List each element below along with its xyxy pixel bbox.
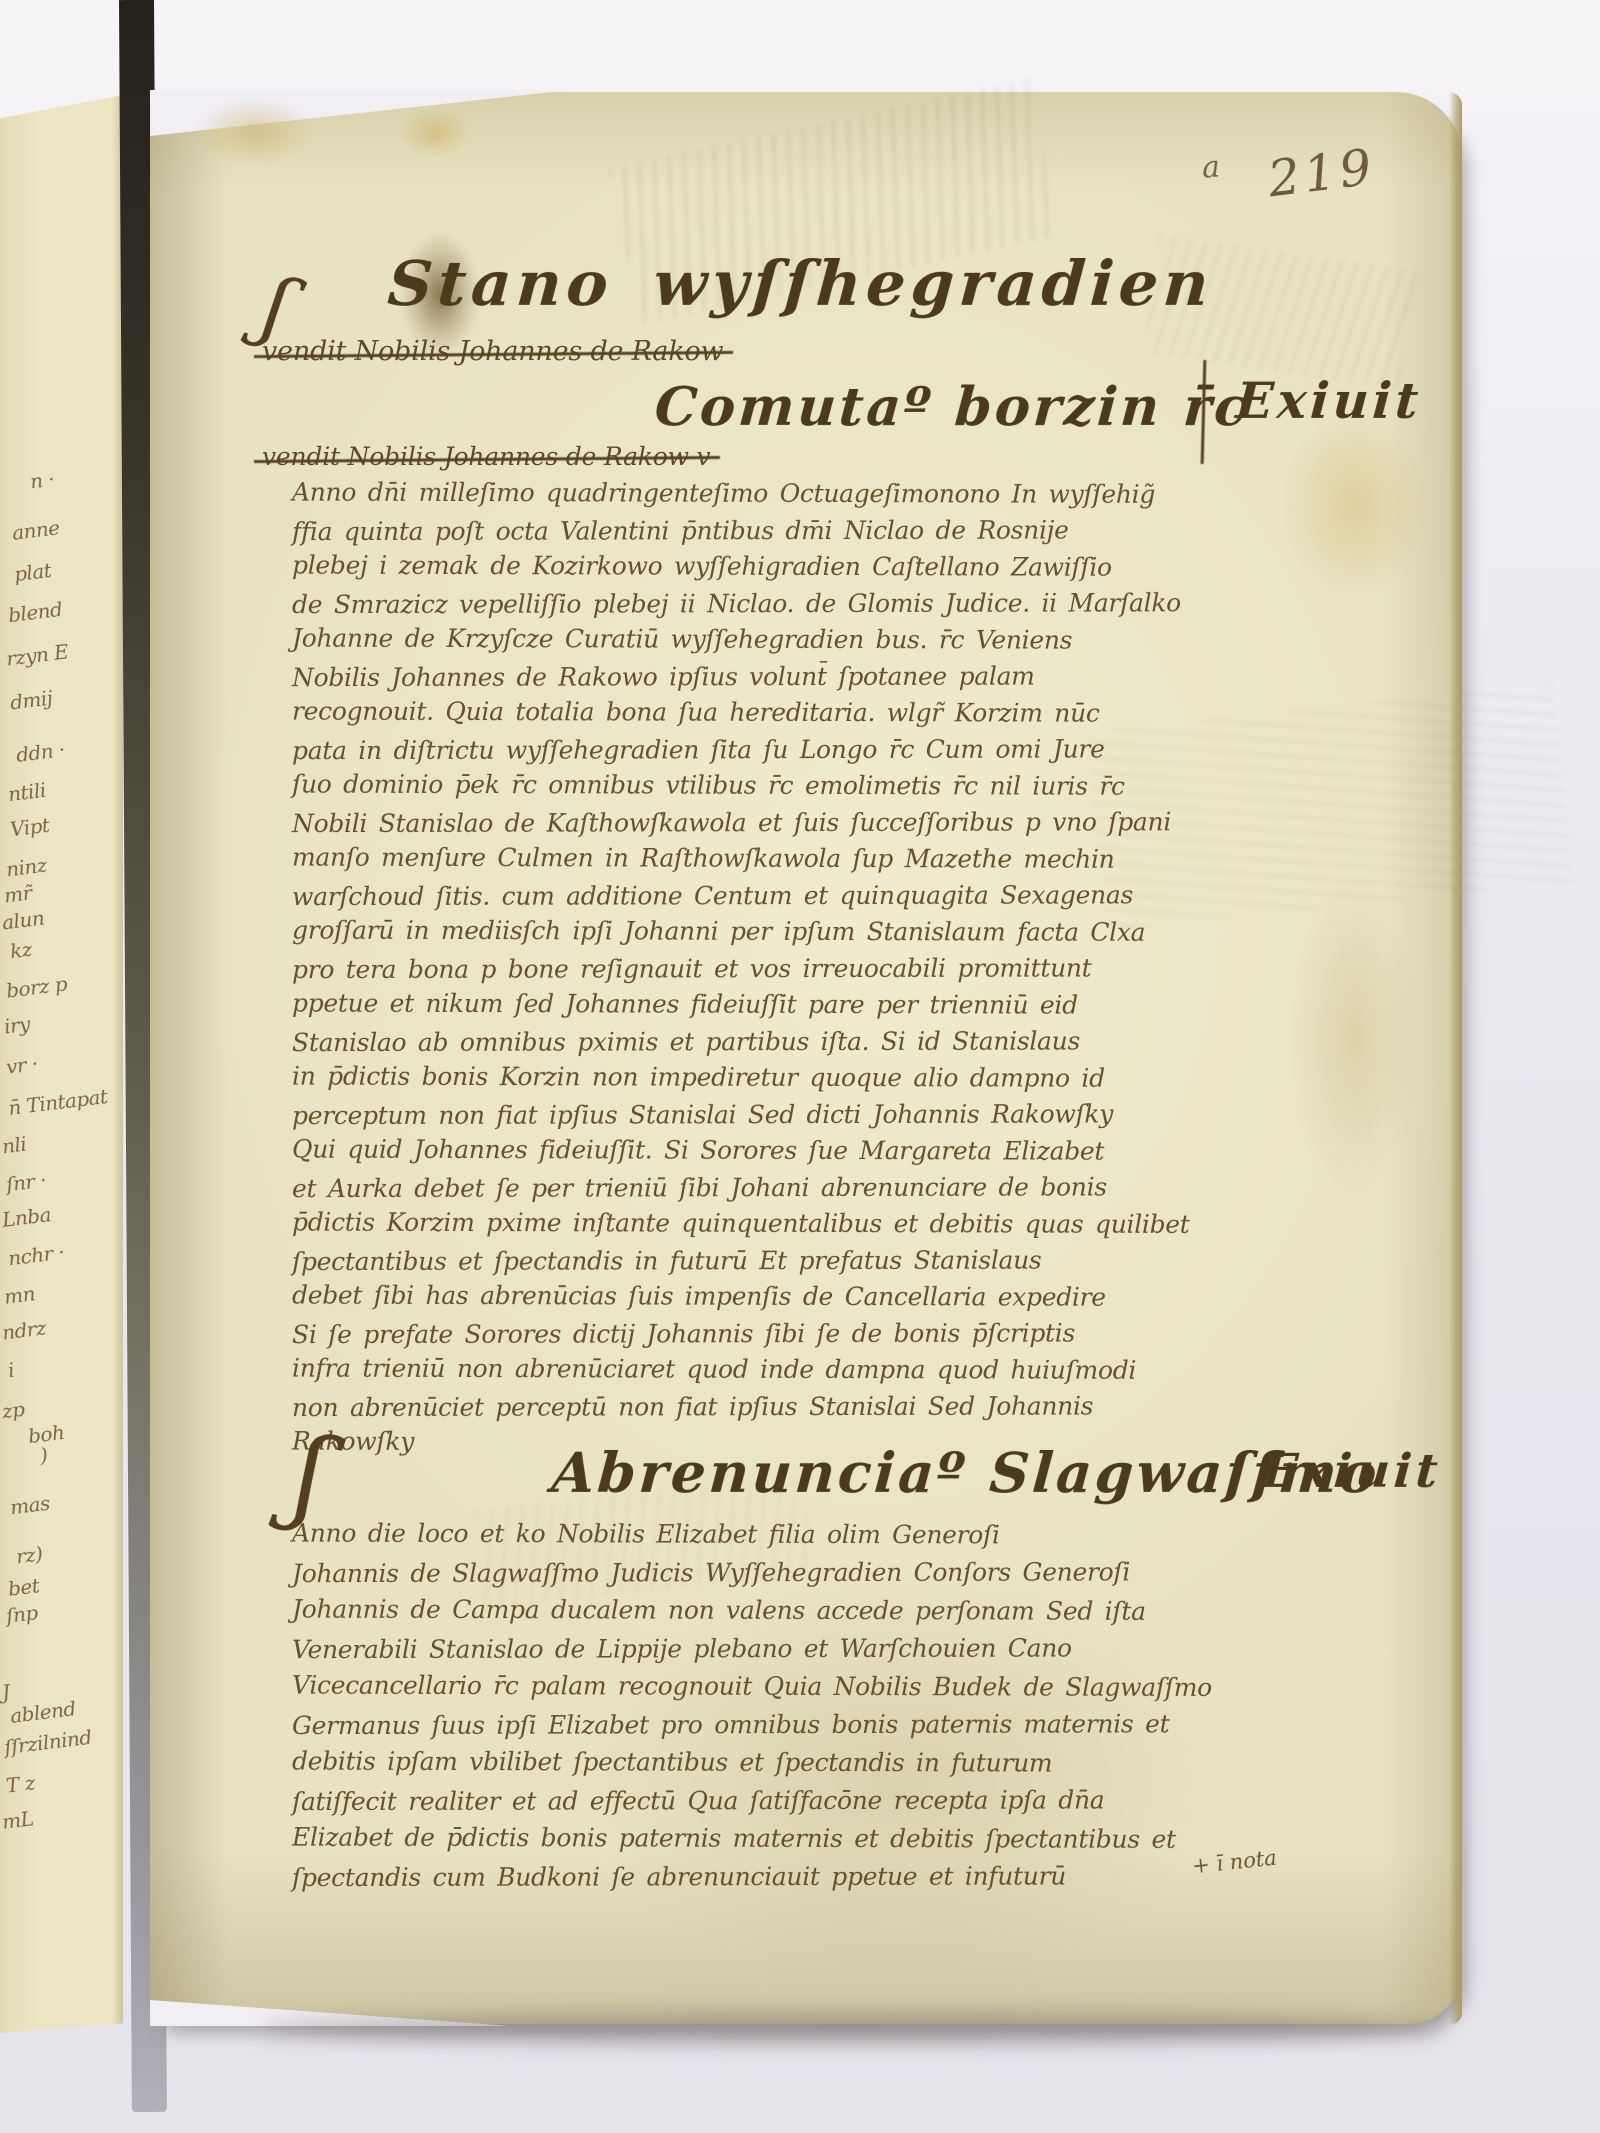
- manuscript-line: groſſarū in mediisſch ipſi Johanni per i…: [292, 913, 1392, 952]
- exiuit-note-1: Exiuit: [1234, 372, 1424, 430]
- entry-text-block-1: Anno dn̄i milleſimo quadringenteſimo Oct…: [292, 476, 1392, 1462]
- exiuit-note-2: Exiuit: [1260, 1444, 1443, 1499]
- manuscript-line: in p̄dictis bonis Korzin non impediretur…: [292, 1059, 1392, 1098]
- manuscript-line: perceptum non fiat ipſius Stanislai Sed …: [292, 1095, 1392, 1134]
- marginal-fragment: ſnr ·: [5, 1168, 48, 1197]
- marginal-fragment: ntili: [7, 778, 47, 806]
- folio-number: 219: [1265, 138, 1379, 209]
- manuscript-line: et Aurka debet ſe per trieniū ſibi Johan…: [292, 1168, 1392, 1207]
- marginal-fragment: mn: [3, 1281, 37, 1309]
- manuscript-line: ppetue et nikum ſed Johannes fideiuſſit …: [292, 986, 1392, 1025]
- parchment-stain: [400, 108, 470, 158]
- folio-letter: a: [1201, 149, 1221, 185]
- manuscript-line: ſatiſfecit realiter et ad effectū Qua ſa…: [292, 1781, 1392, 1821]
- manuscript-line: recognouit. Quia totalia bona ſua heredi…: [292, 694, 1392, 733]
- marginal-fragment: rzyn E: [5, 639, 70, 670]
- manuscript-line: Vicecancellario r̄c palam recognouit Qui…: [292, 1667, 1392, 1708]
- marginal-fragment: borz p: [5, 971, 69, 1002]
- marginal-fragment: n ·: [29, 467, 56, 494]
- marginal-fragment: ninz: [5, 853, 48, 882]
- manuscript-line: de Smrazicz vepelliſſio plebej ii Niclao…: [292, 584, 1392, 623]
- marginal-fragment: boh: [27, 1420, 66, 1448]
- manuscript-line: pata in diſtrictu wyſſehegradien ſita ſu…: [292, 730, 1392, 769]
- marginal-fragment: ablend: [9, 1696, 77, 1728]
- marginal-fragment: ſſrzilnind: [3, 1725, 93, 1760]
- manuscript-line: warſchoud ſitis. cum additione Centum et…: [292, 876, 1392, 915]
- marginal-fragment: n̄ Tintapat: [7, 1084, 109, 1120]
- marginal-fragment: vr ·: [5, 1051, 39, 1079]
- manuscript-line: debitis ipſam vbilibet ſpectantibus et ſ…: [292, 1743, 1392, 1784]
- manuscript-line: Anno die loco et ko Nobilis Elizabet fil…: [292, 1515, 1392, 1556]
- manuscript-line: ſpectantibus et ſpectandis in futurū Et …: [292, 1241, 1392, 1280]
- marginal-fragment: plat: [13, 558, 53, 586]
- marginal-fragment: bet: [7, 1573, 41, 1601]
- previous-page-edge: n ·anneplatblendrzyn Edmijddn ·ntiliVipt…: [0, 95, 123, 2035]
- marginal-fragment: Lnba: [1, 1202, 52, 1232]
- page-top-edge-slant: [150, 90, 570, 136]
- marginal-fragment: kz: [9, 937, 33, 963]
- marginal-fragment: Vipt: [9, 813, 51, 842]
- struck-entry-line-b: vendit Nobilis Johannes de Rakow v: [262, 442, 710, 471]
- page-shadow: [260, 2014, 1440, 2044]
- manuscript-line: manſo menſure Culmen in Raſthowſkawola ſ…: [292, 840, 1392, 879]
- manuscript-line: ffia quinta poſt octa Valentini p̄ntibus…: [292, 511, 1392, 550]
- marginal-fragment: ): [39, 1443, 49, 1468]
- marginal-fragment: mas: [9, 1491, 51, 1520]
- manuscript-line: non abrenūciet perceptū non fiat ipſius …: [292, 1387, 1392, 1426]
- marginal-fragment: alun: [1, 906, 46, 935]
- entry-text-block-2: Anno die loco et ko Nobilis Elizabet fil…: [292, 1516, 1392, 1896]
- manuscript-line: pro tera bona p bone reſignauit et vos i…: [292, 949, 1392, 988]
- marginal-fragment: nchr ·: [7, 1240, 66, 1271]
- manuscript-line: debet ſibi has abrenūcias ſuis impenſis …: [292, 1278, 1392, 1317]
- marginal-fragment: mL: [1, 1806, 35, 1834]
- marginal-fragment: ſnp: [5, 1600, 39, 1628]
- manuscript-line: Venerabili Stanislao de Lippije plebano …: [292, 1629, 1392, 1669]
- manuscript-line: plebej i zemak de Kozirkowo wyſſehigradi…: [292, 548, 1392, 587]
- marginal-fragment: ddn ·: [15, 737, 66, 767]
- marginal-fragment: T z: [5, 1770, 36, 1797]
- marginal-fragment: i: [7, 1358, 16, 1383]
- marginal-fragment: blend: [7, 597, 64, 627]
- manuscript-line: Germanus ſuus ipſi Elizabet pro omnibus …: [292, 1705, 1392, 1745]
- heading-stano-wyssegradien: Stano wyſſhegradien: [385, 247, 1216, 320]
- marginal-fragment: rz): [15, 1541, 44, 1568]
- marginal-fragment: nli: [1, 1132, 28, 1159]
- manuscript-line: Nobilis Johannes de Rakowo ipſius volunt…: [292, 657, 1392, 696]
- struck-entry-line-a: vendit Nobilis Johannes de Rakow: [262, 336, 723, 367]
- manuscript-line: Nobili Stanislao de Kaſthowſkawola et ſu…: [292, 803, 1392, 842]
- manuscript-line: Johannis de Campa ducalem non valens acc…: [292, 1591, 1392, 1632]
- manuscript-line: Anno dn̄i milleſimo quadringenteſimo Oct…: [292, 475, 1392, 514]
- manuscript-line: Johannis de Slagwaſſmo Judicis Wyſſehegr…: [292, 1553, 1392, 1593]
- marginal-fragment: iry: [3, 1012, 31, 1039]
- marginal-fragment: J: [1, 1680, 11, 1705]
- page-fore-edge: [1449, 92, 1462, 2024]
- manuscript-page: a 219 ʃ Stano wyſſhegradien vendit Nobil…: [150, 92, 1462, 2024]
- manuscript-line: Si ſe prefate Sorores dictij Johannis ſi…: [292, 1314, 1392, 1353]
- manuscript-line: Johanne de Krzyſcze Curatiū wyſſehegradi…: [292, 621, 1392, 660]
- marginal-fragment: ndrz: [1, 1315, 47, 1344]
- marginal-fragment: zp: [1, 1397, 26, 1424]
- marginal-fragment: dmij: [9, 686, 54, 715]
- manuscript-line: Qui quid Johannes fideiuſſit. Si Sorores…: [292, 1132, 1392, 1171]
- manuscript-line: Stanislao ab omnibus pximis et partibus …: [292, 1022, 1392, 1061]
- heading-abrenunciatio-slagwassmo: Abrenunciaº Slagwaſſmo: [550, 1440, 1382, 1505]
- heading-comutatio-borzin: Comutaº borzin r̄c: [653, 376, 1252, 438]
- marginal-fragment: anne: [11, 515, 61, 545]
- manuscript-line: p̄dictis Korzim pxime inſtante quinquent…: [292, 1205, 1392, 1244]
- photograph-backdrop: { "folio": { "letter": "a", "number": "2…: [0, 0, 1600, 2133]
- manuscript-line: infra trieniū non abrenūciaret quod inde…: [292, 1351, 1392, 1390]
- marginal-fragment: mr̃: [3, 880, 33, 907]
- manuscript-line: ſuo dominio p̄ek r̄c omnibus vtilibus r̄…: [292, 767, 1392, 806]
